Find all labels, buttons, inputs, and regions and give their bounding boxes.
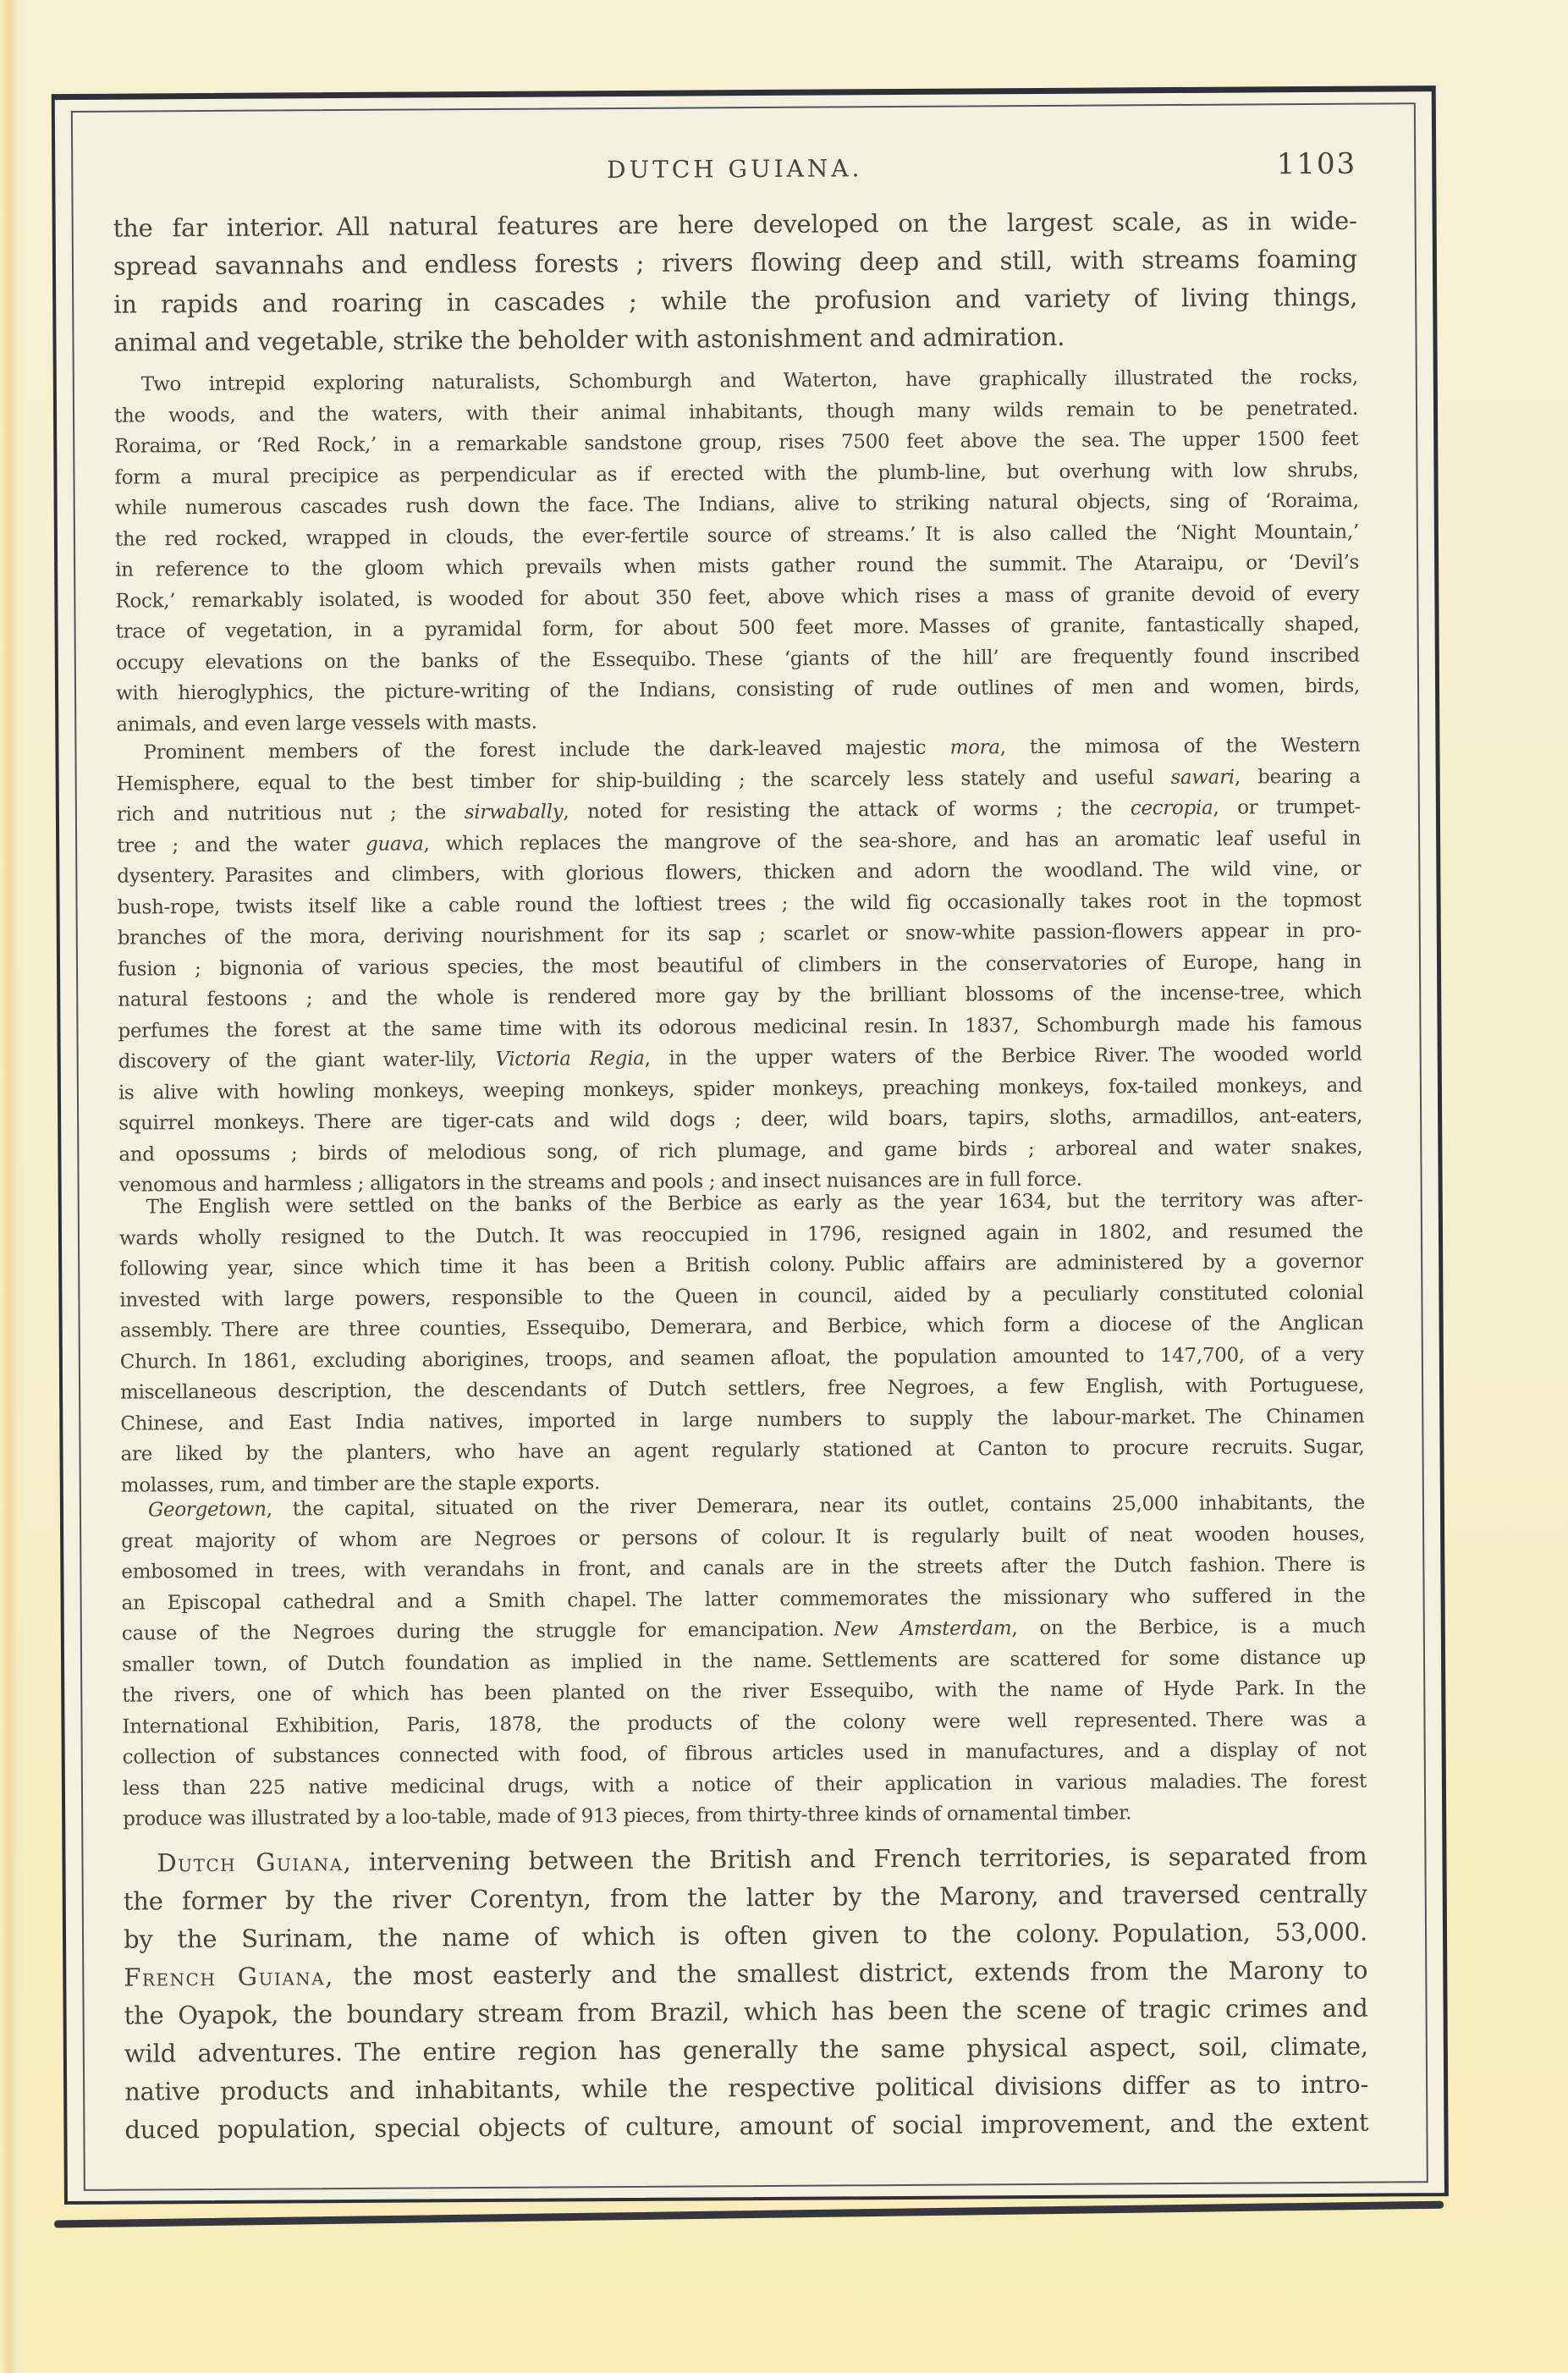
text-run: produce was illustrated by a loo-table, … (123, 1802, 1131, 1830)
text-run: natural festoons ; and the whole is rend… (118, 982, 1362, 1011)
text-column: DUTCH GUIANA. 1103 the far interior. All… (112, 0, 1370, 2373)
text-run: Prominent members of the forest include … (143, 737, 949, 764)
text-run: wards wholly resigned to the Dutch. It w… (119, 1220, 1363, 1249)
text-run: smaller town, of Dutch foundation as imp… (122, 1646, 1366, 1676)
text-run: fusion ; bignonia of various species, th… (118, 950, 1362, 980)
text-run: miscellaneous description, the descendan… (120, 1374, 1364, 1404)
paragraph: Prominent members of the forest include … (116, 730, 1362, 1201)
text-run: animals, and even large vessels with mas… (116, 711, 536, 735)
text-line: animal and vegetable, strike the beholde… (113, 317, 1357, 362)
text-run: and opossums ; birds of melodious song, … (118, 1136, 1362, 1165)
text-run: , bearing a (1235, 765, 1361, 788)
text-run: The English were settled on the banks of… (146, 1189, 1363, 1219)
text-run: , intervening between the British and Fr… (343, 1842, 1367, 1876)
text-run: by the Surinam, the name of which is oft… (124, 1918, 1367, 1954)
text-run: dysentery. Parasites and climbers, with … (117, 858, 1361, 888)
text-run: form a mural precipice as perpendicular … (114, 459, 1358, 488)
text-run: , the mimosa of the Western (1000, 735, 1361, 759)
text-run: , in the upper waters of the Berbice Riv… (645, 1043, 1362, 1070)
text-run: the Oyapok, the boundary stream from Bra… (124, 1994, 1367, 2030)
text-run: collection of substances connected with … (123, 1739, 1367, 1769)
paragraph: The English were settled on the banks of… (119, 1185, 1365, 1501)
text-run: while numerous cascades rush down the fa… (115, 490, 1359, 520)
italic-text: mora (949, 736, 999, 758)
text-run: the red rocked, wrapped in clouds, the e… (115, 520, 1359, 550)
text-run: the rivers, one of which has been plante… (122, 1677, 1366, 1707)
text-run: invested with large powers, responsible … (119, 1281, 1363, 1311)
text-run: embosomed in trees, with verandahs in fr… (121, 1554, 1365, 1583)
scanned-page-sheet: DUTCH GUIANA. 1103 the far interior. All… (0, 0, 1568, 2373)
paragraph: Two intrepid exploring naturalists, Scho… (114, 362, 1361, 741)
text-run: bush-rope, twists itself like a cable ro… (118, 889, 1362, 918)
paragraph: the far interior. All natural features a… (113, 202, 1358, 362)
text-run: spread savannahs and endless forests ; r… (113, 245, 1357, 281)
text-run: , which replaces the mangrove of the sea… (423, 827, 1361, 855)
small-caps-text: Dutch Guiana (157, 1847, 343, 1877)
italic-text: Georgetown (148, 1499, 267, 1522)
text-run: less than 225 native medicinal drugs, wi… (123, 1770, 1367, 1799)
text-run: the former by the river Corentyn, from t… (124, 1880, 1367, 1916)
paragraph: Georgetown, the capital, situated on the… (121, 1488, 1367, 1835)
text-run: are liked by the planters, who have an a… (120, 1436, 1364, 1466)
text-run: following year, since which time it has … (119, 1251, 1363, 1280)
text-run: International Exhibition, Paris, 1878, t… (122, 1708, 1366, 1737)
italic-text: guava (366, 833, 424, 855)
text-run: the far interior. All natural features a… (113, 206, 1357, 243)
text-line: duced population, special objects of cul… (124, 2104, 1368, 2150)
text-run: with hieroglyphics, the picture-writing … (116, 675, 1360, 705)
text-run: tree ; and the water (117, 833, 366, 856)
italic-text: cecropia (1131, 797, 1213, 820)
text-run: , the capital, situated on the river Dem… (267, 1492, 1365, 1521)
italic-text: New Amsterdam (834, 1617, 1011, 1640)
text-line: in rapids and roaring in cascades ; whil… (113, 278, 1357, 324)
text-run: , or trumpet- (1213, 796, 1361, 819)
text-run: Roraima, or ‘Red Rock,’ in a remarkable … (114, 428, 1358, 458)
small-caps-text: French Guiana (124, 1962, 325, 1991)
text-run: , the most easterly and the smallest dis… (325, 1956, 1367, 1991)
text-run: duced population, special objects of cul… (124, 2108, 1368, 2145)
text-run: cause of the Negroes during the struggle… (122, 1618, 834, 1644)
text-run: rich and nutritious nut ; the (117, 801, 465, 826)
text-run: discovery of the giant water-lily, (118, 1049, 496, 1073)
text-run: Church. In 1861, excluding aborigines, t… (120, 1343, 1364, 1373)
italic-text: sawari (1170, 766, 1235, 788)
page-number: 1103 (1277, 147, 1357, 182)
text-run: the woods, and the waters, with their an… (114, 397, 1358, 427)
text-run: in rapids and roaring in cascades ; whil… (113, 283, 1357, 319)
text-run: animal and vegetable, strike the beholde… (113, 322, 1065, 357)
text-run: wild adventures. The entire region has g… (124, 2032, 1368, 2068)
text-run: occupy elevations on the banks of the Es… (116, 644, 1360, 674)
text-run: great majority of whom are Negroes or pe… (121, 1522, 1365, 1552)
text-run: assembly. There are three counties, Esse… (120, 1313, 1364, 1342)
page-title: DUTCH GUIANA. (113, 151, 1356, 189)
text-run: is alive with howling monkeys, weeping m… (118, 1074, 1362, 1104)
text-run: branches of the mora, deriving nourishme… (118, 920, 1362, 950)
italic-text: Victoria Regia (495, 1048, 644, 1071)
text-run: Rock,’ remarkably isolated, is wooded fo… (115, 582, 1359, 612)
text-run: , noted for resisting the attack of worm… (563, 797, 1131, 823)
text-run: native products and inhabitants, while t… (124, 2070, 1368, 2106)
paragraph: Dutch Guiana, intervening between the Br… (123, 1837, 1368, 2150)
text-run: in reference to the gloom which prevails… (115, 552, 1359, 581)
text-run: , on the Berbice, is a much (1011, 1616, 1366, 1640)
running-head: DUTCH GUIANA. 1103 (113, 151, 1356, 194)
text-line: produce was illustrated by a loo-table, … (123, 1797, 1367, 1835)
text-run: perfumes the forest at the same time wit… (118, 1012, 1362, 1042)
text-run: trace of vegetation, in a pyramidal form… (116, 614, 1360, 643)
text-run: an Episcopal cathedral and a Smith chape… (122, 1584, 1366, 1614)
italic-text: sirwabally (465, 801, 564, 823)
text-run: Chinese, and East India natives, importe… (120, 1405, 1364, 1434)
text-run: Two intrepid exploring naturalists, Scho… (141, 366, 1358, 396)
text-run: Hemisphere, equal to the best timber for… (117, 767, 1171, 796)
text-run: squirrel monkeys. There are tiger-cats a… (118, 1105, 1362, 1135)
